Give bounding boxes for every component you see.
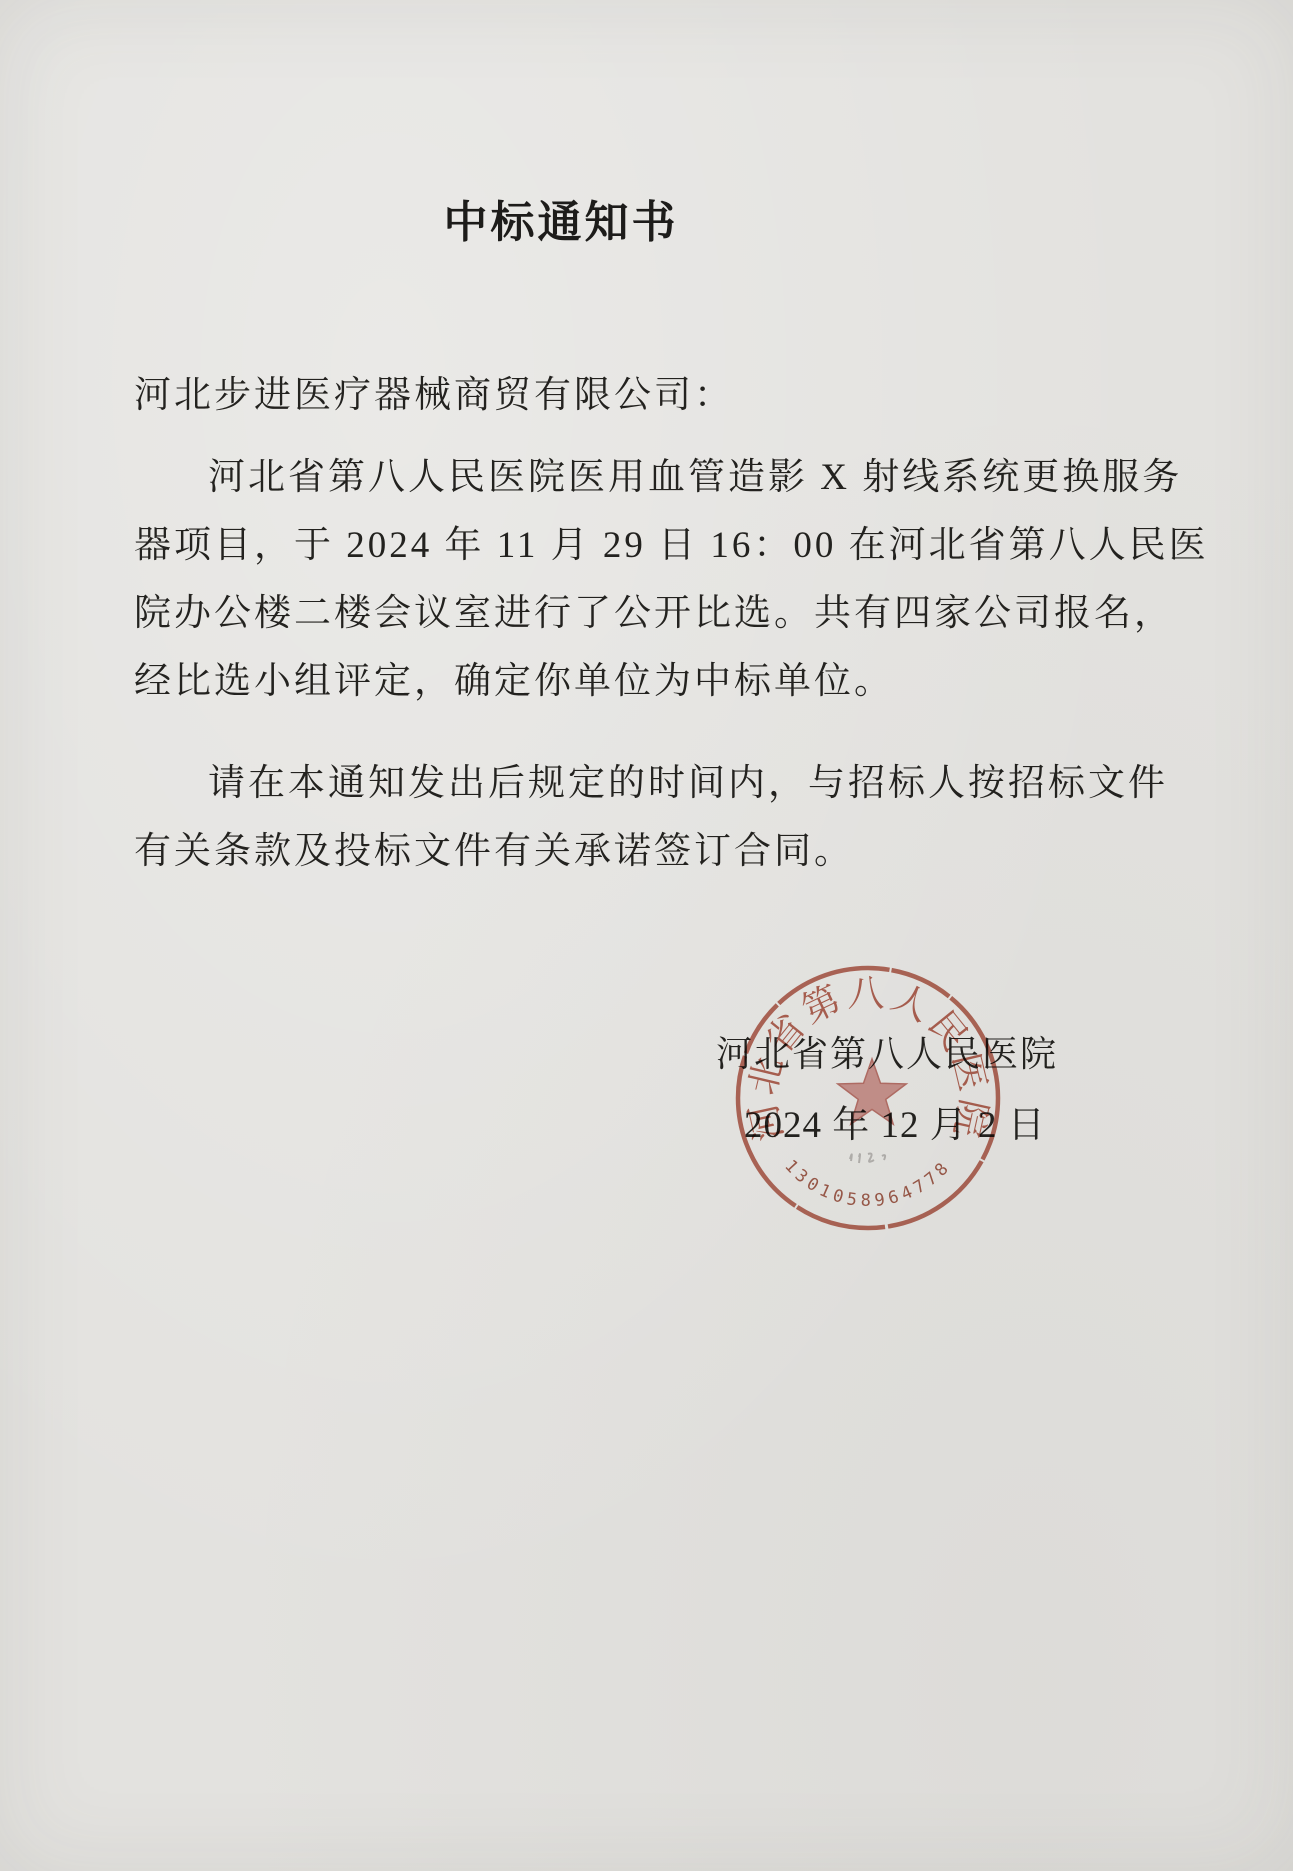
- seal-star-icon: [838, 1059, 906, 1124]
- paragraph-line: 河北省第八人民医院医用血管造影 X 射线系统更换服务: [134, 444, 1174, 512]
- recipient-line: 河北步进医疗器械商贸有限公司：: [134, 362, 1174, 430]
- paragraph-2: 请在本通知发出后规定的时间内，与招标人按招标文件 有关条款及投标文件有关承诺签订…: [134, 750, 1174, 886]
- paragraph-line: 院办公楼二楼会议室进行了公开比选。共有四家公司报名，: [134, 580, 1174, 648]
- seal-serial-number: 1301058964778: [780, 1156, 955, 1211]
- paragraph-line: 器项目，于 2024 年 11 月 29 日 16：00 在河北省第八人民医: [134, 512, 1174, 580]
- official-seal: 河北省第八人民医院 1301058964778: [715, 945, 1021, 1251]
- paragraph-line: 请在本通知发出后规定的时间内，与招标人按招标文件: [134, 750, 1174, 818]
- paragraph-line: 经比选小组评定，确定你单位为中标单位。: [134, 648, 1174, 716]
- paragraph-line: 有关条款及投标文件有关承诺签订合同。: [134, 818, 1174, 886]
- paragraph-1: 河北省第八人民医院医用血管造影 X 射线系统更换服务 器项目，于 2024 年 …: [134, 444, 1174, 716]
- faint-pen-mark: [850, 1154, 885, 1163]
- svg-text:1301058964778: 1301058964778: [780, 1156, 955, 1211]
- document-body: 河北步进医疗器械商贸有限公司： 河北省第八人民医院医用血管造影 X 射线系统更换…: [134, 362, 1174, 886]
- scanned-document-page: 中标通知书 河北步进医疗器械商贸有限公司： 河北省第八人民医院医用血管造影 X …: [0, 0, 1293, 1871]
- document-title: 中标通知书: [0, 186, 1122, 250]
